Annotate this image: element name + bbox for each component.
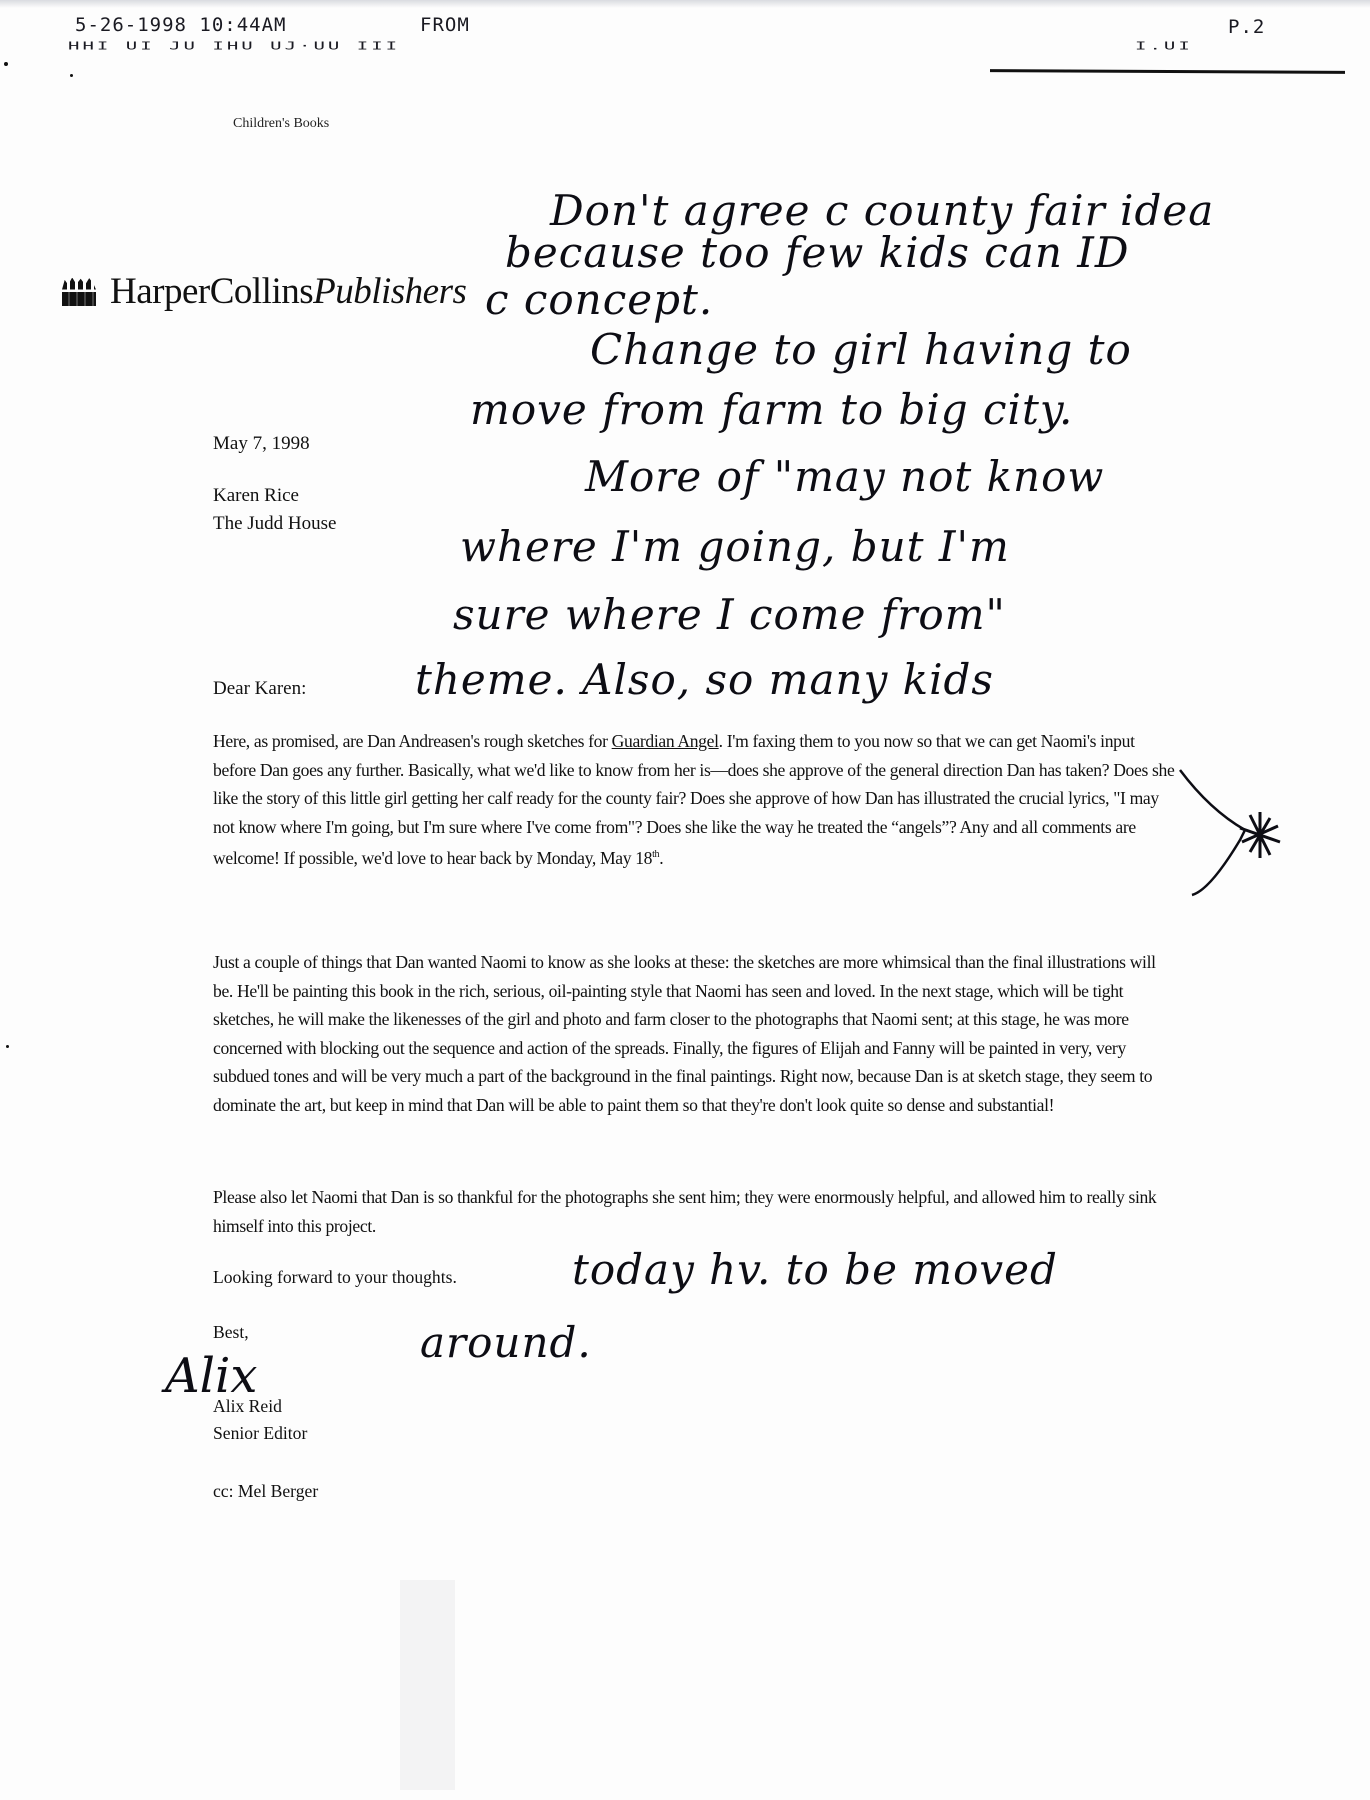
- body-paragraph-2: Just a couple of things that Dan wanted …: [213, 948, 1178, 1119]
- publisher-name: HarperCollinsPublishers: [110, 270, 466, 313]
- recipient-block: Karen Rice The Judd House: [213, 482, 336, 538]
- fax-garbled-header: HHI UI JU IHU UJ·UU III: [68, 40, 400, 52]
- handwritten-note-line: around.: [420, 1318, 592, 1367]
- publisher-logo: HarperCollinsPublishers: [62, 270, 466, 313]
- book-title: Guardian Angel: [612, 731, 719, 751]
- salutation: Dear Karen:: [213, 675, 306, 703]
- closing-line: Looking forward to your thoughts.: [213, 1263, 457, 1291]
- signer-name: Alix Reid: [213, 1393, 307, 1420]
- recipient-name: Karen Rice: [213, 482, 336, 510]
- scan-edge-shadow: [0, 0, 1370, 8]
- handwritten-note-line: move from farm to big city.: [470, 385, 1073, 434]
- handwritten-note-line: More of "may not know: [585, 452, 1104, 501]
- scan-speck: [4, 62, 8, 66]
- fax-garbled-page: I.UI: [1135, 40, 1193, 52]
- handwritten-note-line: today hv. to be moved: [572, 1245, 1058, 1294]
- handwritten-note-line: sure where I come from": [453, 590, 1006, 639]
- fax-page-number: P.2: [1228, 16, 1265, 38]
- body-paragraph-1: Here, as promised, are Dan Andreasen's r…: [213, 727, 1178, 872]
- handwritten-note-line: Change to girl having to: [590, 325, 1132, 374]
- handwritten-note-line: because too few kids can ID: [505, 228, 1130, 277]
- signer-block: Alix Reid Senior Editor: [213, 1393, 307, 1447]
- signer-title: Senior Editor: [213, 1420, 307, 1447]
- fire-and-water-icon: [62, 278, 96, 306]
- handwritten-note-line: c concept.: [485, 275, 713, 324]
- recipient-org: The Judd House: [213, 510, 336, 538]
- body-paragraph-3: Please also let Naomi that Dan is so tha…: [213, 1183, 1178, 1240]
- fax-timestamp: 5-26-1998 10:44AM: [75, 14, 286, 36]
- handwritten-note-line: theme. Also, so many kids: [415, 655, 994, 704]
- signoff: Best,: [213, 1318, 249, 1346]
- department-label: Children's Books: [233, 116, 329, 132]
- letter-date: May 7, 1998: [213, 430, 310, 458]
- asterisk-bracket-mark-icon: [1170, 760, 1290, 900]
- scan-blank-patch: [400, 1580, 455, 1790]
- cc-line: cc: Mel Berger: [213, 1477, 318, 1505]
- scan-speck: [70, 74, 73, 77]
- scan-speck: [6, 1045, 9, 1048]
- fax-header-rule: [990, 69, 1345, 74]
- fax-from-label: FROM: [420, 14, 470, 36]
- handwritten-note-line: where I'm going, but I'm: [460, 522, 1010, 571]
